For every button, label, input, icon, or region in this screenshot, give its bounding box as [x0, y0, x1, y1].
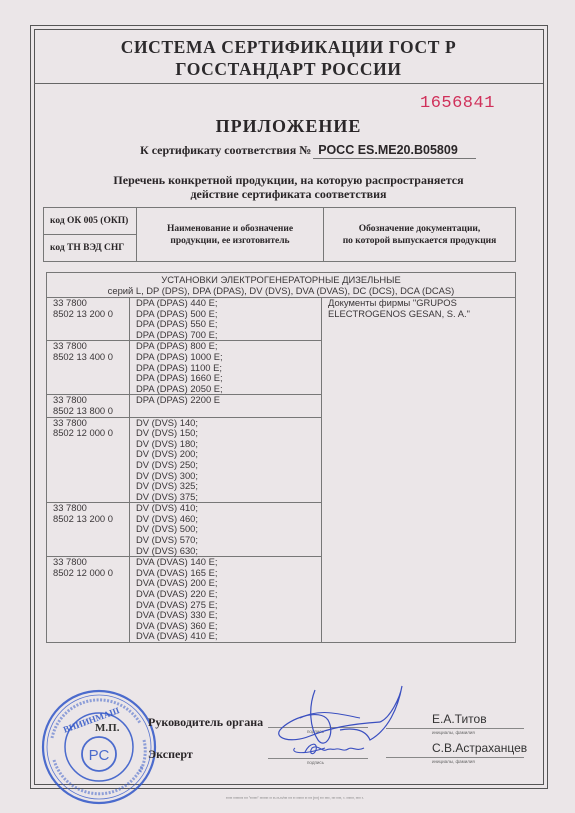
product-codes: 33 78008502 12 000 0 — [47, 557, 130, 643]
annex-title: ПРИЛОЖЕНИЕ — [34, 116, 543, 137]
model-item: DV (DVS) 630; — [136, 546, 321, 557]
product-group-title-line1: УСТАНОВКИ ЭЛЕКТРОГЕНЕРАТОРНЫЕ ДИЗЕЛЬНЫЕ — [47, 275, 515, 286]
model-item: DPA (DPAS) 1000 E; — [136, 352, 321, 363]
product-group-title: УСТАНОВКИ ЭЛЕКТРОГЕНЕРАТОРНЫЕ ДИЗЕЛЬНЫЕ … — [47, 273, 516, 298]
expert-label: Эксперт — [148, 747, 193, 762]
okp-code: 33 7800 — [53, 298, 129, 309]
header-documentation-line2: по которой выпускается продукция — [328, 235, 511, 247]
model-item: DPA (DPAS) 2050 E; — [136, 384, 321, 395]
product-group-series: серий L, DP (DPS), DPA (DPAS), DV (DVS),… — [47, 286, 515, 297]
tnved-code: 8502 13 400 0 — [53, 352, 129, 363]
documentation-line2: ELECTROGENOS GESAN, S. A." — [328, 309, 515, 320]
header-product-name-line2: продукции, ее изготовитель — [141, 235, 319, 247]
product-models: DV (DVS) 140;DV (DVS) 150;DV (DVS) 180;D… — [130, 417, 322, 503]
list-title-line1: Перечень конкретной продукции, на котору… — [34, 173, 543, 187]
model-item: DPA (DPAS) 2200 E — [136, 395, 321, 406]
product-models: DVA (DVAS) 140 E;DVA (DVAS) 165 E;DVA (D… — [130, 557, 322, 643]
header-product-name-line1: Наименование и обозначение — [141, 223, 319, 235]
tnved-code: 8502 13 200 0 — [53, 514, 129, 525]
product-codes: 33 78008502 13 200 0 — [47, 503, 130, 557]
model-item: DV (DVS) 250; — [136, 460, 321, 471]
product-codes: 33 78008502 12 000 0 — [47, 417, 130, 503]
model-item: DVA (DVAS) 410 E; — [136, 631, 321, 642]
seal-place-mark: М.П. — [95, 722, 119, 734]
stamp-center-mark: РС — [89, 747, 110, 764]
column-header-table: код ОК 005 (ОКП) Наименование и обозначе… — [43, 207, 516, 262]
model-item: DV (DVS) 375; — [136, 492, 321, 503]
header-documentation: Обозначение документации, по которой вып… — [324, 208, 516, 262]
product-codes: 33 78008502 13 400 0 — [47, 341, 130, 395]
product-codes: 33 78008502 13 800 0 — [47, 395, 130, 417]
certificate-number: РОСС ES.ME20.B05809 — [313, 143, 475, 159]
head-name: Е.А.Титов — [432, 712, 487, 726]
system-title-line2: ГОССТАНДАРТ РОССИИ — [34, 58, 543, 80]
model-item: DPA (DPAS) 700 E; — [136, 330, 321, 341]
tnved-code: 8502 13 800 0 — [53, 406, 129, 417]
model-item: DPA (DPAS) 440 E; — [136, 298, 321, 309]
head-name-caption: инициалы, фамилия — [432, 730, 475, 735]
header-documentation-line1: Обозначение документации, — [328, 223, 511, 235]
product-row: 33 78008502 13 200 0DPA (DPAS) 440 E;DPA… — [47, 298, 516, 341]
certificate-line: К сертификату соответствия №РОСС ES.ME20… — [140, 143, 476, 159]
expert-name: С.В.Астраханцев — [432, 741, 527, 755]
product-models: DPA (DPAS) 2200 E — [130, 395, 322, 417]
system-title-line1: СИСТЕМА СЕРТИФИКАЦИИ ГОСТ Р — [34, 36, 543, 58]
product-codes: 33 78008502 13 200 0 — [47, 298, 130, 341]
tnved-code: 8502 13 200 0 — [53, 309, 129, 320]
tnved-code: 8502 12 000 0 — [53, 568, 129, 579]
head-of-body-label: Руководитель органа — [148, 715, 263, 730]
products-table: УСТАНОВКИ ЭЛЕКТРОГЕНЕРАТОРНЫЕ ДИЗЕЛЬНЫЕ … — [46, 272, 516, 643]
certificate-label: К сертификату соответствия № — [140, 143, 311, 157]
documentation-line1: Документы фирмы "GRUPOS — [328, 298, 515, 309]
list-title-line2: действие сертификата соответствия — [34, 187, 543, 201]
product-models: DV (DVS) 410;DV (DVS) 460;DV (DVS) 500;D… — [130, 503, 322, 557]
handwritten-signature-expert — [300, 738, 370, 760]
official-seal-stamp: РС ВНИИНМАШ — [40, 688, 158, 806]
product-models: DPA (DPAS) 800 E;DPA (DPAS) 1000 E;DPA (… — [130, 341, 322, 395]
list-title: Перечень конкретной продукции, на котору… — [34, 173, 543, 201]
product-models: DPA (DPAS) 440 E;DPA (DPAS) 500 E;DPA (D… — [130, 298, 322, 341]
header-code-okp: код ОК 005 (ОКП) — [44, 208, 137, 235]
product-documentation: Документы фирмы "GRUPOSELECTROGENOS GESA… — [322, 298, 516, 643]
print-footer-line: ▪▪▪▪▪ ▪▪▪▪▪▪▪▪ ▪▪▪ "▪▪▪▪▪▪" ▪▪▪▪▪▪▪ ▪▪ ▪… — [150, 796, 440, 800]
header-code-tnved: код ТН ВЭД СНГ — [44, 235, 137, 262]
tnved-code: 8502 12 000 0 — [53, 428, 129, 439]
header-divider — [34, 83, 543, 84]
expert-name-caption: инициалы, фамилия — [432, 759, 475, 764]
system-title: СИСТЕМА СЕРТИФИКАЦИИ ГОСТ Р ГОССТАНДАРТ … — [34, 36, 543, 80]
registration-number: 1656841 — [420, 94, 495, 113]
header-product-name: Наименование и обозначение продукции, ее… — [137, 208, 324, 262]
